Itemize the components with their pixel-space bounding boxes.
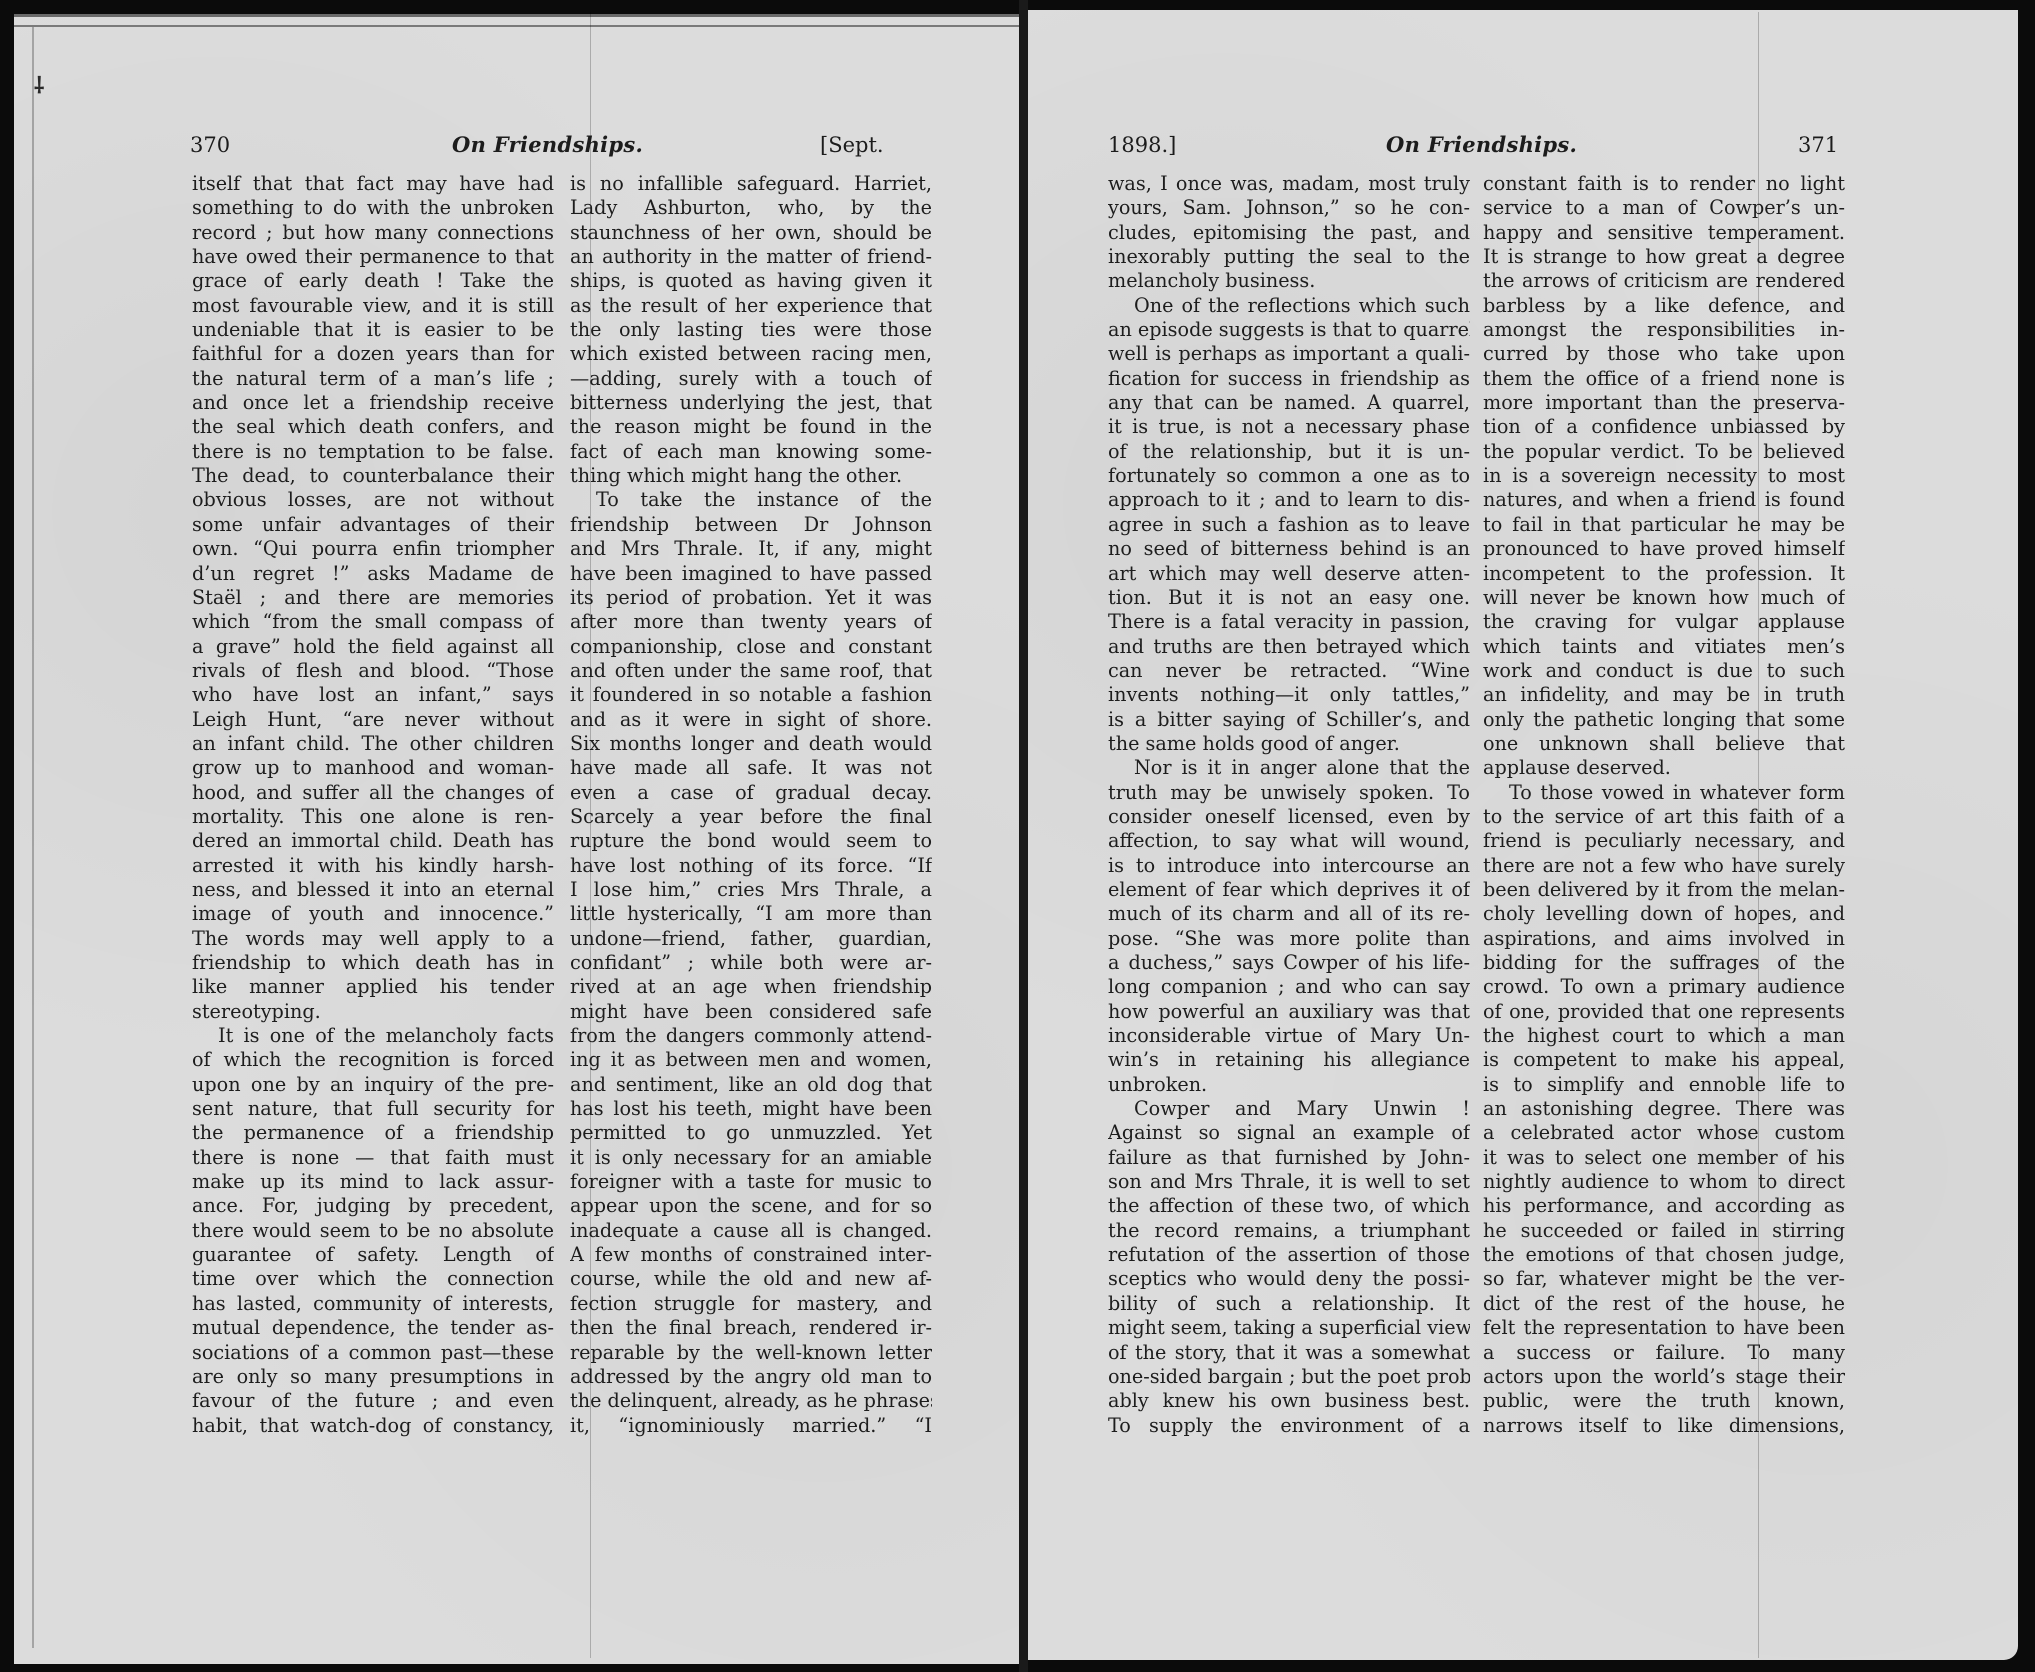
text-line: in is a sovereign necessity to most (1483, 464, 1845, 488)
text-line: Scarcely a year before the final (570, 805, 932, 829)
text-line: was, I once was, madam, most truly (1108, 172, 1470, 196)
text-line: actors upon the world’s stage their (1483, 1365, 1845, 1389)
text-line: Six months longer and death would (570, 732, 932, 756)
text-line: most favourable view, and it is still (192, 294, 554, 318)
text-line: the arrows of criticism are rendered (1483, 269, 1845, 293)
text-line: has lost his teeth, might have been (570, 1097, 932, 1121)
text-line: the delinquent, already, as he phrases (570, 1389, 932, 1413)
text-line: have lost nothing of its force. “If (570, 854, 932, 878)
text-line: applause deserved. (1483, 756, 1845, 780)
text-line: it is true, is not a necessary phase (1108, 415, 1470, 439)
text-line: a grave” hold the field against all (192, 635, 554, 659)
text-line: addressed by the angry old man to (570, 1365, 932, 1389)
text-line: the only lasting ties were those (570, 318, 932, 342)
text-line: appear upon the scene, and for so (570, 1194, 932, 1218)
text-line: like manner applied his tender (192, 975, 554, 999)
text-line: barbless by a like defence, and (1483, 294, 1845, 318)
text-line: choly levelling down of hopes, and (1483, 902, 1845, 926)
text-line: there is no temptation to be false. (192, 440, 554, 464)
text-line: grow up to manhood and woman- (192, 756, 554, 780)
text-line: them the office of a friend none is (1483, 367, 1845, 391)
text-line: One of the reflections which such (1108, 294, 1470, 318)
text-line: of which the recognition is forced (192, 1048, 554, 1072)
text-line: the natural term of a man’s life ; (192, 367, 554, 391)
text-line: public, were the truth known, (1483, 1389, 1845, 1413)
text-column-4: constant faith is to render no lightserv… (1483, 172, 1845, 1438)
text-line: thing which might hang the other. (570, 464, 932, 488)
text-line: record ; but how many connections (192, 221, 554, 245)
text-column-2: is no infallible safeguard. Harriet,Lady… (570, 172, 932, 1438)
text-line: reparable by the well-known letter (570, 1341, 932, 1365)
text-line: fact of each man knowing some- (570, 440, 932, 464)
text-line: the highest court to which a man (1483, 1024, 1845, 1048)
text-line: constant faith is to render no light (1483, 172, 1845, 196)
text-line: happy and sensitive temperament. (1483, 221, 1845, 245)
text-line: yours, Sam. Johnson,” so he con- (1108, 196, 1470, 220)
text-line: art which may well deserve atten- (1108, 562, 1470, 586)
text-line: who have lost an infant,” says (192, 683, 554, 707)
text-line: element of fear which deprives it of (1108, 878, 1470, 902)
text-line: pose. “She was more polite than (1108, 927, 1470, 951)
text-line: a success or failure. To many (1483, 1341, 1845, 1365)
running-head-right: 1898.] On Friendships. 371 (1108, 128, 1848, 162)
text-line: Lady Ashburton, who, by the (570, 196, 932, 220)
text-line: can never be retracted. “Wine (1108, 659, 1470, 683)
text-line: mutual dependence, the tender as- (192, 1316, 554, 1340)
text-line: of the story, that it was a somewhat (1108, 1341, 1470, 1365)
text-line: some unfair advantages of their (192, 513, 554, 537)
text-line: truth may be unwisely spoken. To (1108, 781, 1470, 805)
text-line: permitted to go unmuzzled. Yet (570, 1121, 932, 1145)
text-line: no seed of bitterness behind is an (1108, 537, 1470, 561)
text-line: is a bitter saying of Schiller’s, and (1108, 708, 1470, 732)
text-line: is to introduce into intercourse an (1108, 854, 1470, 878)
text-line: obvious losses, are not without (192, 488, 554, 512)
text-line: narrows itself to like dimensions, (1483, 1414, 1845, 1438)
text-line: undeniable that it is easier to be (192, 318, 554, 342)
text-line: affection, to say what will wound, (1108, 829, 1470, 853)
text-line: favour of the future ; and even (192, 1389, 554, 1413)
text-line: have been imagined to have passed (570, 562, 932, 586)
text-line: even a case of gradual decay. (570, 781, 932, 805)
scanned-book-spread: ⸸ 370 On Friendships. [Sept. 1898.] On F… (0, 0, 2035, 1672)
text-line: have owed their permanence to that (192, 245, 554, 269)
text-line: d’un regret !” asks Madame de (192, 562, 554, 586)
text-line: make up its mind to lack assur- (192, 1170, 554, 1194)
text-line: foreigner with a taste for music to (570, 1170, 932, 1194)
text-line: inconsiderable virtue of Mary Un- (1108, 1024, 1470, 1048)
text-line: melancholy business. (1108, 269, 1470, 293)
text-line: habit, that watch-dog of constancy, (192, 1414, 554, 1438)
text-line: sociations of a common past—these (192, 1341, 554, 1365)
text-line: his performance, and according as (1483, 1194, 1845, 1218)
text-line: upon one by an inquiry of the pre- (192, 1073, 554, 1097)
text-line: incompetent to the profession. It (1483, 562, 1845, 586)
text-line: will never be known how much of (1483, 586, 1845, 610)
text-line: more important than the preserva- (1483, 391, 1845, 415)
text-line: bidding for the suffrages of the (1483, 951, 1845, 975)
text-line: agree in such a fashion as to leave (1108, 513, 1470, 537)
text-line: the permanence of a friendship (192, 1121, 554, 1145)
text-line: of one, provided that one represents (1483, 1000, 1845, 1024)
text-line: staunchness of her own, should be (570, 221, 932, 245)
text-line: the reason might be found in the (570, 415, 932, 439)
text-line: bility of such a relationship. It (1108, 1292, 1470, 1316)
text-line: an infidelity, and may be in truth (1483, 683, 1845, 707)
text-line: something to do with the unbroken (192, 196, 554, 220)
text-line: pronounced to have proved himself (1483, 537, 1845, 561)
text-line: rupture the bond would seem to (570, 829, 932, 853)
text-line: service to a man of Cowper’s un- (1483, 196, 1845, 220)
page-number: 371 (1798, 128, 1838, 162)
text-line: might seem, taking a superficial view (1108, 1316, 1470, 1340)
text-line: the seal which death confers, and (192, 415, 554, 439)
text-line: it is only necessary for an amiable (570, 1146, 932, 1170)
text-line: own. “Qui pourra enfin triompher (192, 537, 554, 561)
text-line: There is a fatal veracity in passion, (1108, 610, 1470, 634)
text-line: companionship, close and constant (570, 635, 932, 659)
text-line: confidant” ; while both were ar- (570, 951, 932, 975)
text-line: then the final breach, rendered ir- (570, 1316, 932, 1340)
text-line: ships, is quoted as having given it (570, 269, 932, 293)
text-line: unbroken. (1108, 1073, 1470, 1097)
text-line: stereotyping. (192, 1000, 554, 1024)
text-line: and often under the same roof, that (570, 659, 932, 683)
text-line: refutation of the assertion of those (1108, 1243, 1470, 1267)
text-line: fication for success in friendship as (1108, 367, 1470, 391)
text-line: and as it were in sight of shore. (570, 708, 932, 732)
text-line: invents nothing—it only tattles,” (1108, 683, 1470, 707)
text-line: an authority in the matter of friend- (570, 245, 932, 269)
running-title: On Friendships. (1386, 128, 1577, 162)
text-line: itself that that fact may have had (192, 172, 554, 196)
text-column-1: itself that that fact may have hadsometh… (192, 172, 554, 1438)
text-line: consider oneself licensed, even by (1108, 805, 1470, 829)
text-line: so far, whatever might be the ver- (1483, 1267, 1845, 1291)
text-line: is to simplify and ennoble life to (1483, 1073, 1845, 1097)
text-line: long companion ; and who can say (1108, 975, 1470, 999)
text-line: cludes, epitomising the past, and (1108, 221, 1470, 245)
text-line: Nor is it in anger alone that the (1108, 756, 1470, 780)
running-date: 1898.] (1108, 128, 1176, 162)
text-line: inexorably putting the seal to the (1108, 245, 1470, 269)
text-line: ance. For, judging by precedent, (192, 1194, 554, 1218)
text-line: one-sided bargain ; but the poet prob- (1108, 1365, 1470, 1389)
text-line: as the result of her experience that (570, 294, 932, 318)
text-line: It is strange to how great a degree (1483, 245, 1845, 269)
text-line: the record remains, a triumphant (1108, 1219, 1470, 1243)
text-line: a duchess,” says Cowper of his life- (1108, 951, 1470, 975)
running-head-left: 370 On Friendships. [Sept. (190, 128, 950, 162)
text-line: the craving for vulgar applause (1483, 610, 1845, 634)
text-line: I lose him,” cries Mrs Thrale, a (570, 878, 932, 902)
text-line: friendship between Dr Johnson (570, 513, 932, 537)
text-line: To those vowed in whatever form (1483, 781, 1845, 805)
text-line: A few months of constrained inter- (570, 1243, 932, 1267)
text-line: to fail in that particular he may be (1483, 513, 1845, 537)
text-line: curred by those who take upon (1483, 342, 1845, 366)
text-line: its period of probation. Yet it was (570, 586, 932, 610)
text-line: which “from the small compass of (192, 610, 554, 634)
text-line: one unknown shall believe that (1483, 732, 1845, 756)
text-line: only the pathetic longing that some (1483, 708, 1845, 732)
text-line: course, while the old and new af- (570, 1267, 932, 1291)
text-line: To supply the environment of a (1108, 1414, 1470, 1438)
text-line: little hysterically, “I am more than (570, 902, 932, 926)
text-line: bitterness underlying the jest, that (570, 391, 932, 415)
text-line: a celebrated actor whose custom (1483, 1121, 1845, 1145)
text-line: time over which the connection (192, 1267, 554, 1291)
running-date: [Sept. (820, 128, 884, 162)
text-line: there would seem to be no absolute (192, 1219, 554, 1243)
text-line: any that can be named. A quarrel, (1108, 391, 1470, 415)
text-line: arrested it with his kindly harsh- (192, 854, 554, 878)
text-line: of the relationship, but it is un- (1108, 440, 1470, 464)
text-line: fortunately so common a one as to (1108, 464, 1470, 488)
text-line: rivals of flesh and blood. “Those (192, 659, 554, 683)
text-line: The dead, to counterbalance their (192, 464, 554, 488)
text-line: are only so many presumptions in (192, 1365, 554, 1389)
text-line: an episode suggests is that to quarrel (1108, 318, 1470, 342)
text-line: and truths are then betrayed which (1108, 635, 1470, 659)
text-line: Staël ; and there are memories (192, 586, 554, 610)
text-line: Cowper and Mary Unwin ! (1108, 1097, 1470, 1121)
text-line: ness, and blessed it into an eternal (192, 878, 554, 902)
text-line: aspirations, and aims involved in (1483, 927, 1845, 951)
page-number: 370 (190, 128, 230, 162)
text-line: tion of a confidence unbiassed by (1483, 415, 1845, 439)
text-line: image of youth and innocence.” (192, 902, 554, 926)
text-column-3: was, I once was, madam, most trulyyours,… (1108, 172, 1470, 1438)
text-line: mortality. This one alone is ren- (192, 805, 554, 829)
text-line: undone—friend, father, guardian, (570, 927, 932, 951)
text-line: is competent to make his appeal, (1483, 1048, 1845, 1072)
text-line: to the service of art this faith of a (1483, 805, 1845, 829)
text-line: is no infallible safeguard. Harriet, (570, 172, 932, 196)
text-line: an astonishing degree. There was (1483, 1097, 1845, 1121)
text-line: guarantee of safety. Length of (192, 1243, 554, 1267)
text-line: which taints and vitiates men’s (1483, 635, 1845, 659)
text-line: The words may well apply to a (192, 927, 554, 951)
text-line: dered an immortal child. Death has (192, 829, 554, 853)
text-line: fection struggle for mastery, and (570, 1292, 932, 1316)
text-line: been delivered by it from the melan- (1483, 878, 1845, 902)
text-line: he succeeded or failed in stirring (1483, 1219, 1845, 1243)
text-line: crowd. To own a primary audience (1483, 975, 1845, 999)
text-line: win’s in retaining his allegiance (1108, 1048, 1470, 1072)
running-title: On Friendships. (452, 128, 643, 162)
text-line: might have been considered safe (570, 1000, 932, 1024)
text-line: the emotions of that chosen judge, (1483, 1243, 1845, 1267)
text-line: there are not a few who have surely (1483, 854, 1845, 878)
book-gutter (1019, 0, 1028, 1672)
text-line: Against so signal an example of (1108, 1121, 1470, 1145)
text-line: work and conduct is due to such (1483, 659, 1845, 683)
text-line: ing it as between men and women, (570, 1048, 932, 1072)
text-line: has lasted, community of interests, (192, 1292, 554, 1316)
text-line: much of its charm and all of its re- (1108, 902, 1470, 926)
text-line: and sentiment, like an old dog that (570, 1073, 932, 1097)
text-line: ably knew his own business best. (1108, 1389, 1470, 1413)
text-line: failure as that furnished by John- (1108, 1146, 1470, 1170)
text-line: faithful for a dozen years than for (192, 342, 554, 366)
text-line: grace of early death ! Take the (192, 269, 554, 293)
text-line: amongst the responsibilities in- (1483, 318, 1845, 342)
text-line: felt the representation to have been (1483, 1316, 1845, 1340)
text-line: and once let a friendship receive (192, 391, 554, 415)
text-line: sent nature, that full security for (192, 1097, 554, 1121)
text-line: hood, and suffer all the changes of (192, 781, 554, 805)
text-line: from the dangers commonly attend- (570, 1024, 932, 1048)
text-line: and Mrs Thrale. It, if any, might (570, 537, 932, 561)
text-line: it foundered in so notable a fashion (570, 683, 932, 707)
text-line: —adding, surely with a touch of (570, 367, 932, 391)
text-line: son and Mrs Thrale, it is well to set (1108, 1170, 1470, 1194)
text-line: well is perhaps as important a quali- (1108, 342, 1470, 366)
text-line: sceptics who would deny the possi- (1108, 1267, 1470, 1291)
text-line: it, “ignominiously married.” “I (570, 1414, 932, 1438)
text-line: there is none — that faith must (192, 1146, 554, 1170)
text-line: dict of the rest of the house, he (1483, 1292, 1845, 1316)
text-line: the same holds good of anger. (1108, 732, 1470, 756)
text-line: nightly audience to whom to direct (1483, 1170, 1845, 1194)
text-line: It is one of the melancholy facts (192, 1024, 554, 1048)
text-line: friend is peculiarly necessary, and (1483, 829, 1845, 853)
text-line: after more than twenty years of (570, 610, 932, 634)
text-line: natures, and when a friend is found (1483, 488, 1845, 512)
text-line: which existed between racing men, (570, 342, 932, 366)
text-line: the popular verdict. To be believed (1483, 440, 1845, 464)
text-line: how powerful an auxiliary was that (1108, 1000, 1470, 1024)
text-line: friendship to which death has in (192, 951, 554, 975)
margin-mark: ⸸ (34, 70, 44, 100)
text-line: it was to select one member of his (1483, 1146, 1845, 1170)
text-line: tion. But it is not an easy one. (1108, 586, 1470, 610)
text-line: an infant child. The other children (192, 732, 554, 756)
text-line: rived at an age when friendship (570, 975, 932, 999)
text-line: inadequate a cause all is changed. (570, 1219, 932, 1243)
text-line: To take the instance of the (570, 488, 932, 512)
text-line: Leigh Hunt, “are never without (192, 708, 554, 732)
text-line: approach to it ; and to learn to dis- (1108, 488, 1470, 512)
text-line: the affection of these two, of which (1108, 1194, 1470, 1218)
text-line: have made all safe. It was not (570, 756, 932, 780)
